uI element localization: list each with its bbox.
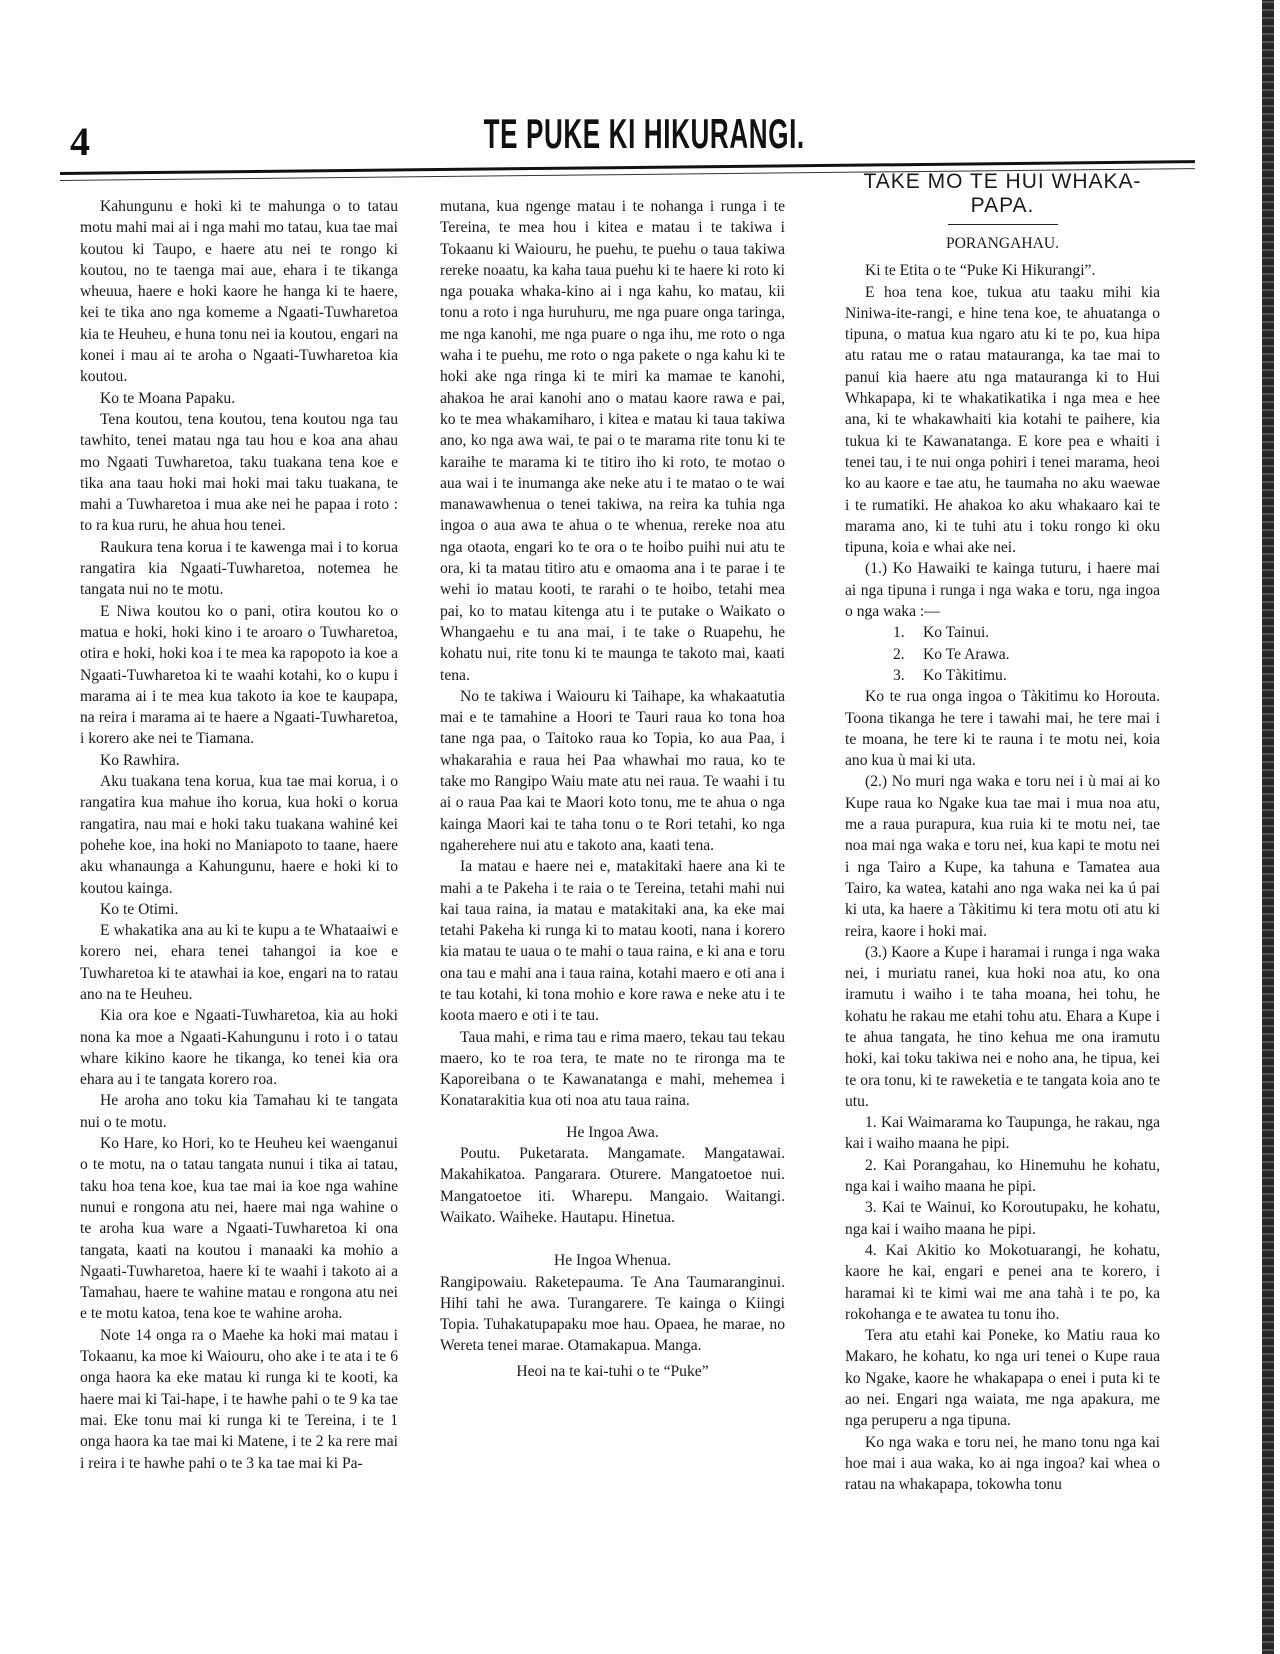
list-item: 1.Ko Tainui.	[845, 622, 1160, 643]
speaker-heading: Ko te Moana Papaku.	[80, 388, 398, 409]
signoff: Heoi na te kai-tuhi o te “Puke”	[440, 1361, 785, 1382]
paragraph: E Niwa koutou ko o pani, otira koutou ko…	[80, 601, 398, 750]
list-item-number: 3.	[893, 665, 923, 686]
list-item-text: Ko Te Arawa.	[923, 646, 1010, 663]
paragraph: Rangipowaiu. Raketepauma. Te Ana Taumara…	[440, 1272, 785, 1357]
column-2: mutana, kua ngenge matau i te nohanga i …	[440, 196, 785, 1382]
paragraph: Ko nga waka e toru nei, he mano tonu nga…	[845, 1432, 1160, 1496]
paragraph: 4. Kai Akitio ko Mokotuarangi, he kohatu…	[845, 1240, 1160, 1325]
speaker-heading: Ki te Etita o te “Puke Ki Hikurangi”.	[845, 260, 1160, 281]
paragraph: Taua mahi, e rima tau e rima maero, teka…	[440, 1027, 785, 1112]
speaker-heading: Ko te Otimi.	[80, 899, 398, 920]
article-location: PORANGAHAU.	[845, 233, 1160, 254]
list-item: 3.Ko Tàkitimu.	[845, 665, 1160, 686]
title-divider	[948, 224, 1058, 225]
paragraph: E hoa tena koe, tukua atu taaku mihi kia…	[845, 282, 1160, 559]
paragraph: Ko Hare, ko Hori, ko te Heuheu kei waeng…	[80, 1133, 398, 1325]
paragraph: 2. Kai Porangahau, ko Hinemuhu he kohatu…	[845, 1155, 1160, 1198]
paragraph: Ia matau e haere nei e, matakitaki haere…	[440, 856, 785, 1026]
paragraph: He aroha ano toku kia Tamahau ki te tang…	[80, 1090, 398, 1133]
paragraph: mutana, kua ngenge matau i te nohanga i …	[440, 196, 785, 686]
paragraph: Poutu. Puketarata. Mangamate. Mangatawai…	[440, 1143, 785, 1228]
column-3: TAKE MO TE HUI WHAKA-PAPA. PORANGAHAU. K…	[845, 170, 1160, 1496]
page-number: 4	[70, 118, 90, 165]
paragraph: Kia ora koe e Ngaati-Tuwharetoa, kia au …	[80, 1005, 398, 1090]
paragraph: No te takiwa i Waiouru ki Taihape, ka wh…	[440, 686, 785, 856]
numbered-list: 1.Ko Tainui.2.Ko Te Arawa.3.Ko Tàkitimu.	[845, 622, 1160, 686]
list-item-text: Ko Tàkitimu.	[923, 667, 1007, 684]
paragraph: Tena koutou, tena koutou, tena koutou ng…	[80, 409, 398, 537]
column-3-body: Ki te Etita o te “Puke Ki Hikurangi”.E h…	[845, 260, 1160, 1495]
paragraph: Raukura tena korua i te kawenga mai i to…	[80, 537, 398, 601]
paragraph: (3.) Kaore a Kupe i haramai i runga i ng…	[845, 942, 1160, 1112]
paragraph: Ko te rua onga ingoa o Tàkitimu ko Horou…	[845, 686, 1160, 771]
paragraph: Note 14 onga ra o Maehe ka hoki mai mata…	[80, 1325, 398, 1474]
column-1: Kahungunu e hoki ki te mahunga o to tata…	[80, 196, 398, 1474]
list-item-text: Ko Tainui.	[923, 624, 989, 641]
scan-edge-border	[1262, 0, 1274, 1654]
paragraph: (2.) No muri nga waka e toru nei i ù mai…	[845, 771, 1160, 941]
paragraph: 1. Kai Waimarama ko Taupunga, he rakau, …	[845, 1112, 1160, 1155]
list-item-number: 2.	[893, 644, 923, 665]
list-item-number: 1.	[893, 622, 923, 643]
paragraph: E whakatika ana au ki te kupu a te Whata…	[80, 920, 398, 1005]
paragraph: 3. Kai te Wainui, ko Koroutupaku, he koh…	[845, 1197, 1160, 1240]
section-heading: He Ingoa Whenua.	[440, 1250, 785, 1271]
paragraph: Tera atu etahi kai Poneke, ko Matiu raua…	[845, 1325, 1160, 1431]
article-title: TAKE MO TE HUI WHAKA-PAPA.	[845, 170, 1160, 218]
paragraph: Aku tuakana tena korua, kua tae mai koru…	[80, 771, 398, 899]
masthead-title: TE PUKE KI HIKURANGI.	[484, 110, 757, 158]
paragraph: (1.) Ko Hawaiki te kainga tuturu, i haer…	[845, 558, 1160, 622]
spacer	[440, 1228, 785, 1240]
paragraph: Kahungunu e hoki ki te mahunga o to tata…	[80, 196, 398, 388]
section-heading: He Ingoa Awa.	[440, 1122, 785, 1143]
speaker-heading: Ko Rawhira.	[80, 750, 398, 771]
list-item: 2.Ko Te Arawa.	[845, 644, 1160, 665]
